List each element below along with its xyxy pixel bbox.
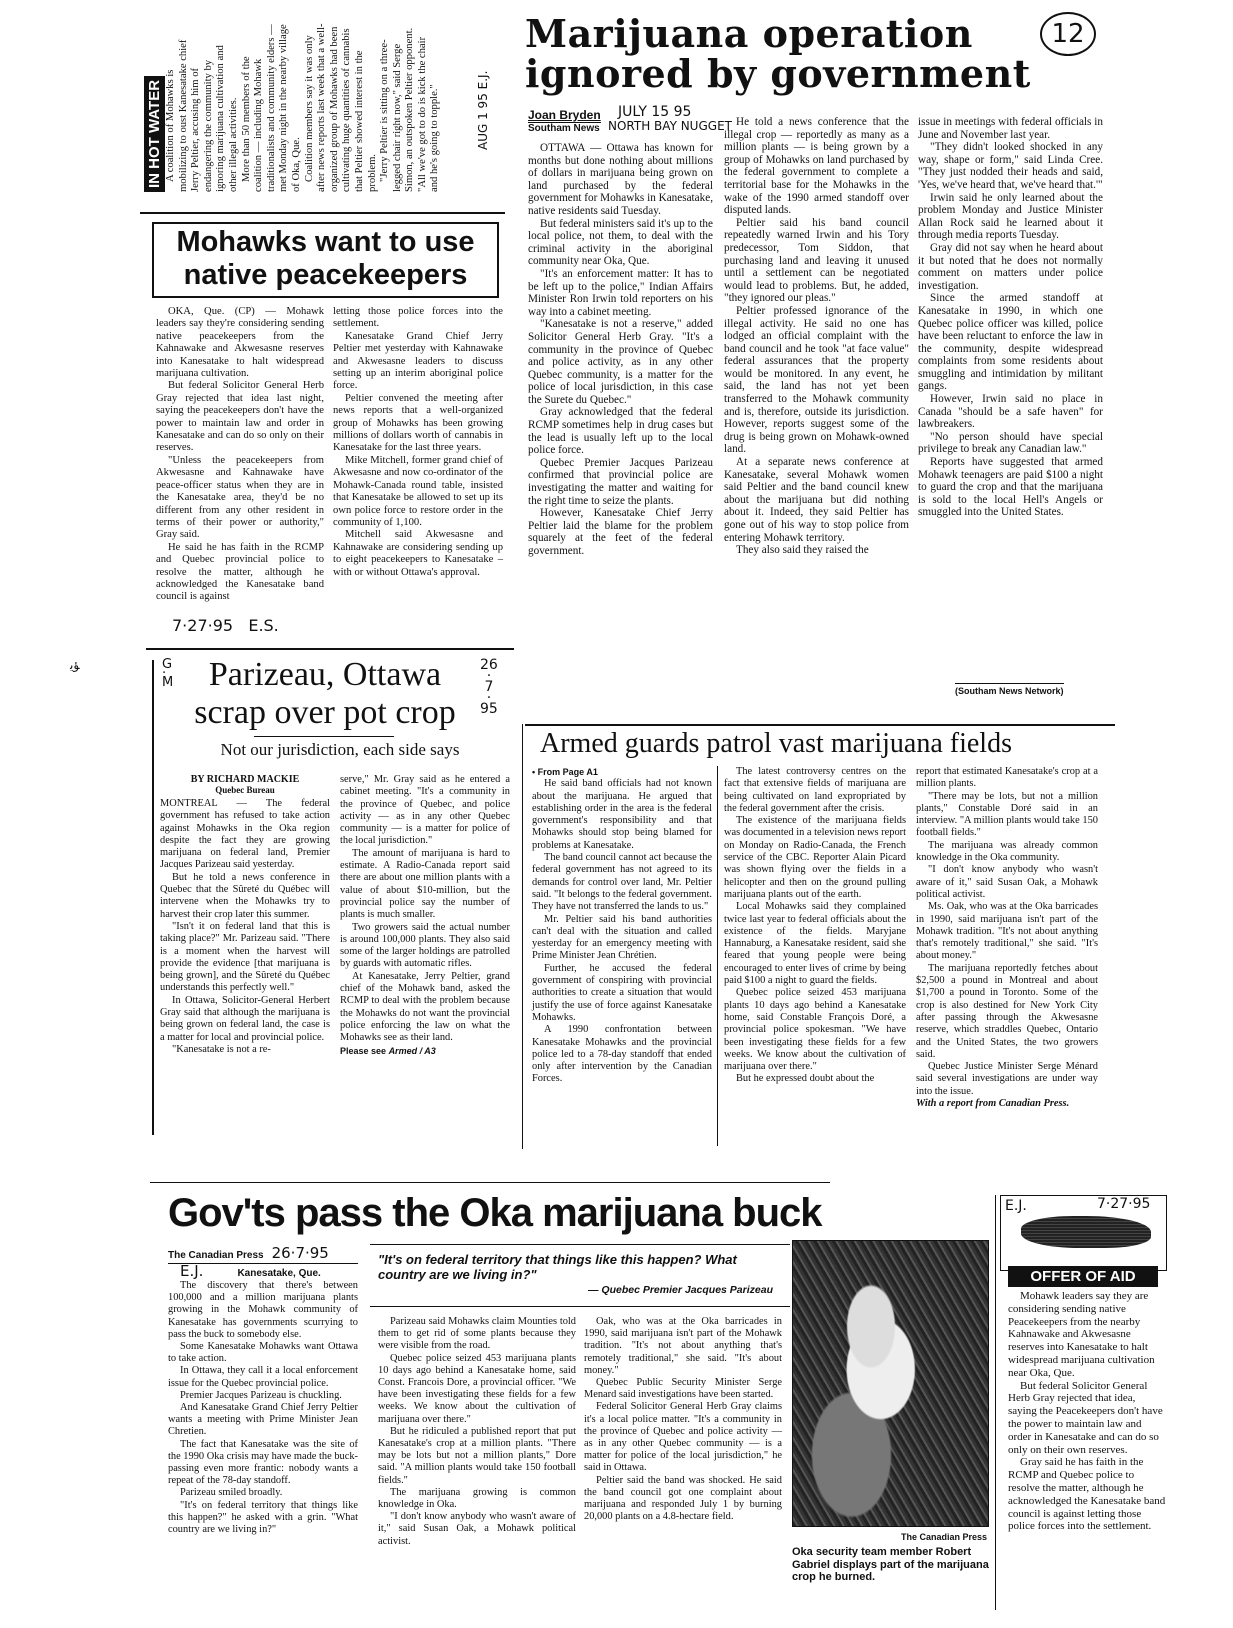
pullquote: "It's on federal territory that things l… (378, 1252, 778, 1282)
parizeau-col-1: MONTREAL — The federal government has re… (160, 798, 330, 1056)
column-rule (152, 660, 154, 1135)
marijuana-operation-col-2: He told a news conference that the illeg… (724, 116, 909, 557)
marijuana-operation-col-1: OTTAWA — Ottawa has known for months but… (528, 142, 713, 558)
news-photo (792, 1240, 989, 1527)
hot-water-sidebar: IN HOT WATER A coalition of Mohawks is m… (144, 22, 339, 192)
offer-of-aid-tag: OFFER OF AID (1008, 1266, 1158, 1287)
armed-guards-col-3: report that estimated Kanesatake's crop … (916, 766, 1098, 1110)
divider (370, 1306, 790, 1307)
govts-pass-headline: Gov'ts pass the Oka marijuana buck (168, 1190, 968, 1236)
divider (370, 1244, 790, 1245)
marijuana-operation-col-3: issue in meetings with federal officials… (918, 116, 1103, 519)
govts-col-1: The discovery that there's between 100,0… (168, 1280, 358, 1536)
column-rule (995, 1195, 996, 1610)
divider (140, 212, 505, 214)
offer-of-aid-body: Mohawk leaders say they are considering … (1008, 1290, 1166, 1533)
mohawks-peacekeepers-col-1: OKA, Que. (CP) — Mohawk leaders say they… (156, 306, 324, 604)
mohawks-peacekeepers-headline: Mohawks want to use native peacekeepers (152, 222, 499, 298)
divider (150, 1182, 830, 1183)
armed-guards-col-1: • From Page A1 He said band officials ha… (532, 766, 712, 1086)
handwritten-date: JULY 15 95 (618, 104, 691, 120)
handwritten-mohawks-note: 7·27·95 E.S. (172, 616, 279, 635)
handwritten-margin-mark: ﺆﻳ (70, 658, 80, 672)
mohawks-peacekeepers-col-2: letting those police forces into the set… (333, 306, 503, 579)
pullquote-attribution: — Quebec Premier Jacques Parizeau (378, 1284, 773, 1296)
parizeau-col-2: serve," Mr. Gray said as he entered a ca… (340, 774, 510, 1057)
armed-guards-headline: Armed guards patrol vast marijuana field… (540, 728, 1110, 760)
canada-map-icon (1021, 1216, 1151, 1248)
divider (254, 736, 394, 737)
hot-water-tag: IN HOT WATER (144, 76, 165, 192)
southam-credit: (Southam News Network) (955, 683, 1064, 696)
divider (525, 724, 1115, 726)
jump-line: Please see Armed / A3 (340, 1045, 510, 1057)
photo-credit: The Canadian Press (792, 1532, 987, 1542)
offer-map-box: E.J. 7·27·95 (1000, 1195, 1167, 1271)
parizeau-deck: Not our jurisdiction, each side says (160, 740, 520, 760)
govts-col-3: Oak, who was at the Oka barricades in 19… (584, 1316, 782, 1523)
govts-dateline: E.J. Kanesatake, Que. (180, 1262, 360, 1281)
marijuana-operation-headline: Marijuana operation ignored by governmen… (525, 14, 1125, 94)
govts-col-2: Parizeau said Mohawks claim Mounties tol… (378, 1316, 576, 1548)
parizeau-byline: BY RICHARD MACKIE Quebec Bureau (160, 774, 330, 795)
marijuana-operation-byline: Joan Bryden Southam News (528, 108, 601, 134)
handwritten-source: NORTH BAY NUGGET (608, 119, 732, 133)
handwritten-page-number: 12 (1040, 12, 1096, 56)
hot-water-body: A coalition of Mohawks is mobilizing to … (165, 22, 442, 192)
armed-guards-col-2: The latest controversy centres on the fa… (724, 766, 906, 1086)
parizeau-headline: Parizeau, Ottawa scrap over pot crop (160, 656, 490, 732)
divider (146, 648, 514, 650)
column-rule (522, 724, 523, 1149)
handwritten-hotwater-note: AUG 1 95 E.J. (476, 71, 490, 150)
govts-source: The Canadian Press 26·7·95 (168, 1244, 358, 1264)
column-rule (717, 766, 718, 1146)
photo-caption: Oka security team member Robert Gabriel … (792, 1546, 992, 1584)
